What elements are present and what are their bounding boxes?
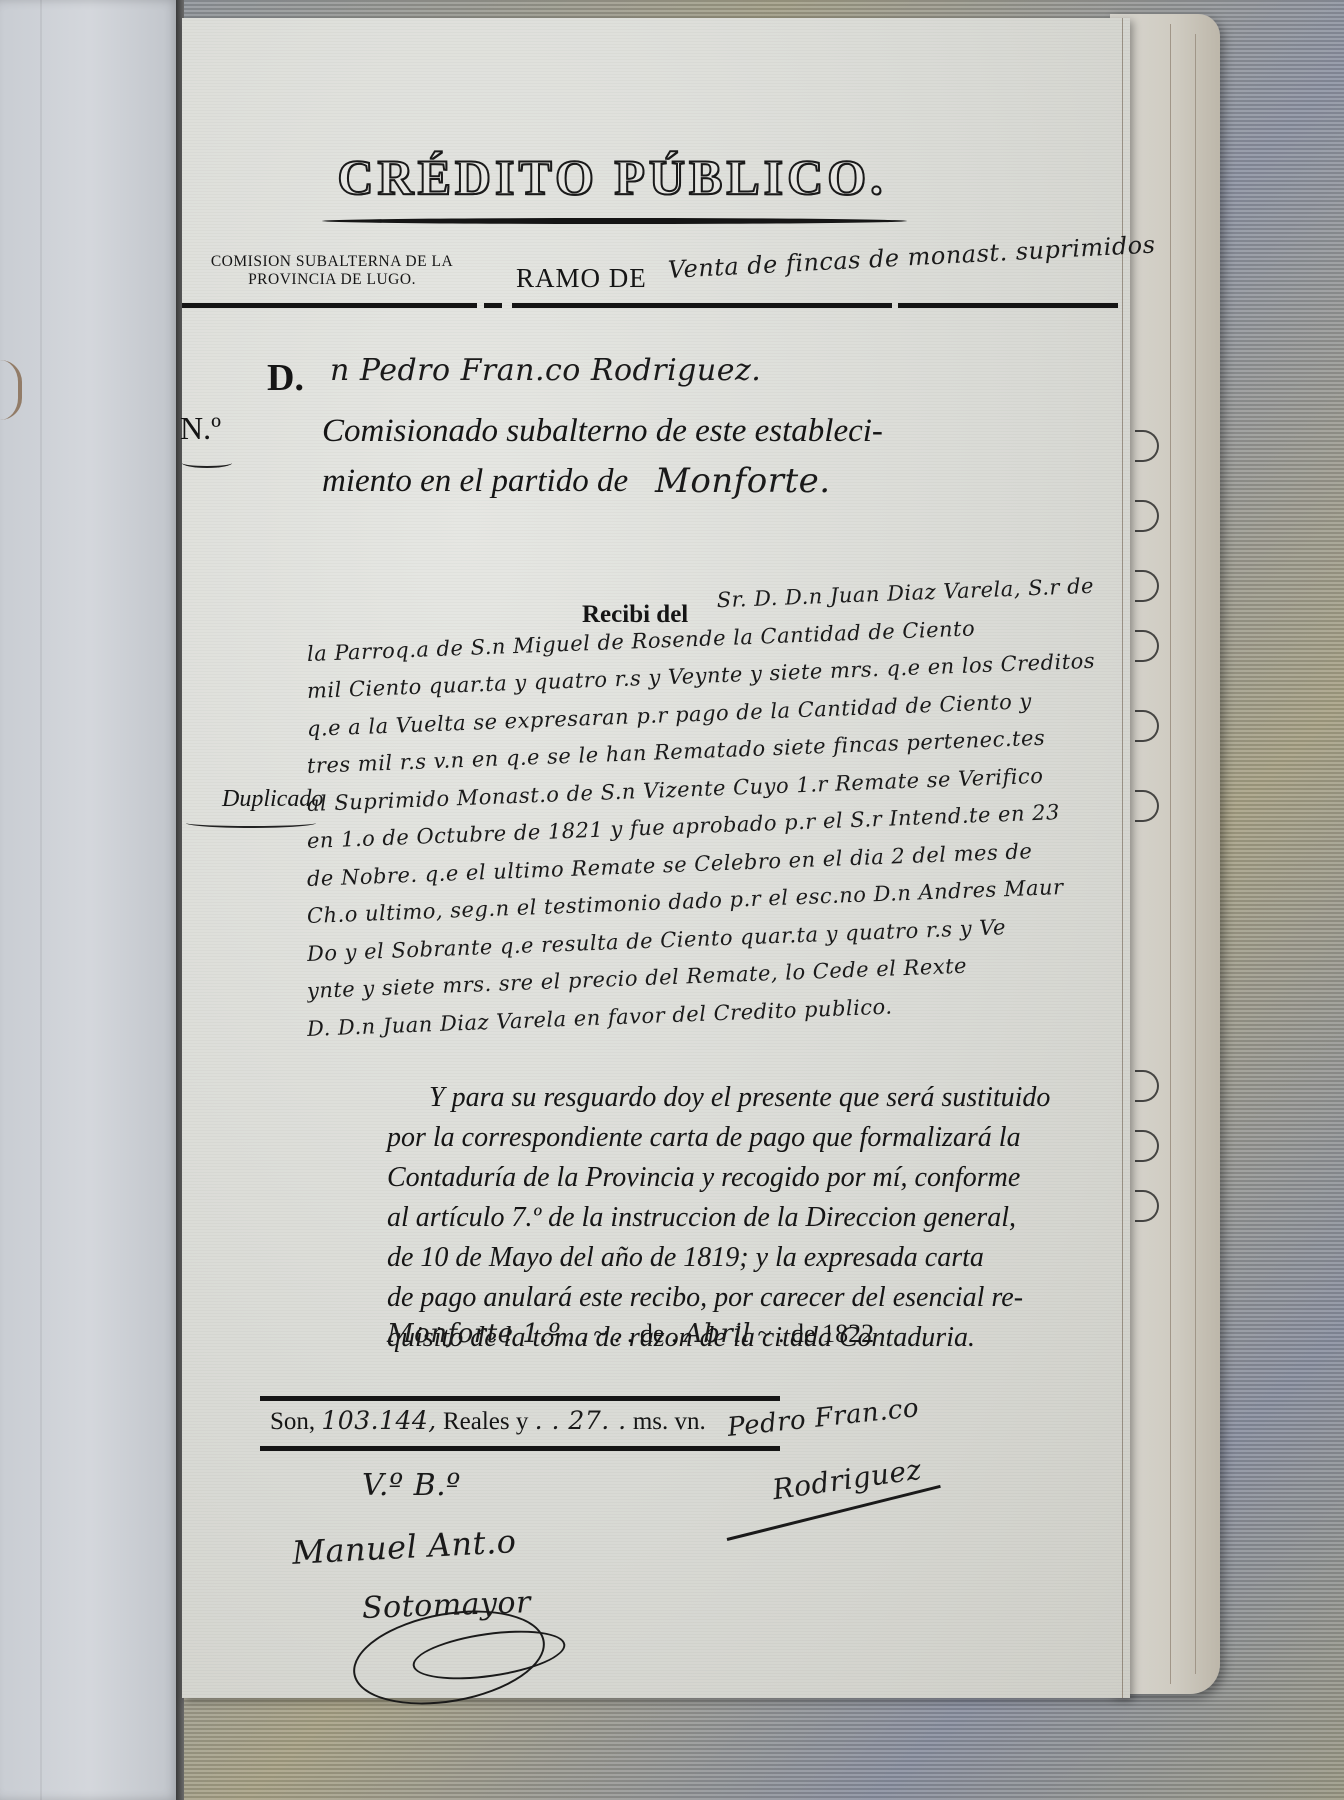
clause-line: por la correspondiente carta de pago que…	[387, 1118, 1107, 1158]
clause-line: de pago anulará este recibo, por carecer…	[387, 1278, 1107, 1318]
number-label: N.º	[180, 410, 221, 447]
clause-line: Contaduría de la Provincia y recogido po…	[387, 1158, 1107, 1198]
flourish-icon	[1135, 710, 1159, 742]
receipt-document: CRÉDITO PÚBLICO. COMISION SUBALTERNA DE …	[182, 18, 1130, 1698]
date-year: 1822	[822, 1319, 874, 1348]
flourish-icon	[1135, 790, 1159, 822]
facing-page	[0, 0, 180, 1800]
commission-line-1: COMISION SUBALTERNA DE LA	[182, 253, 482, 271]
role-line-1: Comisionado subalterno de este estableci…	[322, 413, 883, 450]
partido-value: Monforte.	[655, 461, 831, 501]
date-month: Abril	[684, 1319, 751, 1349]
commissioner-name: n Pedro Fran.co Rodriguez.	[330, 353, 761, 388]
page-edge	[1122, 18, 1123, 1698]
title-rule	[322, 218, 907, 224]
amount-line: Son, 103.144, Reales y . . 27. . ms. vn.	[270, 1406, 706, 1436]
handwritten-receipt-body: Sr. D. D.n Juan Diaz Varela, S.r de la P…	[307, 598, 1107, 1048]
commission-heading: COMISION SUBALTERNA DE LA PROVINCIA DE L…	[182, 253, 482, 289]
amount-rule-top	[260, 1396, 780, 1401]
header-rule	[898, 303, 1118, 308]
header-rule	[182, 303, 477, 308]
document-title: CRÉDITO PÚBLICO.	[312, 148, 912, 206]
brace-icon	[186, 818, 316, 828]
approver-signature-line-1: Manuel Ant.o	[291, 1522, 517, 1572]
flourish-icon	[1135, 1190, 1159, 1222]
ramo-value: Venta de fincas de monast. suprimidos	[667, 230, 1156, 284]
don-prefix: D.	[267, 356, 304, 400]
flourish-icon	[1135, 430, 1159, 462]
printed-clause: Y para su resguardo doy el presente que …	[387, 1078, 1107, 1358]
flourish-icon	[1135, 630, 1159, 662]
flourish-icon	[1135, 1070, 1159, 1102]
reales-value: 103.144,	[321, 1406, 436, 1435]
date-line: Monforte 1.º . . ~ . . de . Abril ~ . de…	[387, 1319, 874, 1349]
commission-line-2: PROVINCIA DE LUGO.	[182, 271, 482, 289]
maravedis-label: ms. vn.	[633, 1408, 706, 1435]
role-line-2: miento en el partido de	[322, 463, 628, 500]
clause-line: Y para su resguardo doy el presente que …	[387, 1078, 1107, 1118]
clause-line: de 10 de Mayo del año de 1819; y la expr…	[387, 1238, 1107, 1278]
ramo-label: RAMO DE	[516, 263, 647, 294]
reales-label: Reales y	[443, 1408, 528, 1435]
approval-mark: V.º B.º	[362, 1468, 461, 1503]
flourish-icon	[1135, 570, 1159, 602]
margin-flourishes	[1135, 430, 1175, 1430]
date-place: Monforte 1.º	[387, 1319, 561, 1349]
flourish-icon	[1135, 1130, 1159, 1162]
commissioner-signature-line-2: Rodriguez	[770, 1453, 923, 1507]
header-rule	[512, 303, 892, 308]
ink-stain	[0, 360, 22, 420]
brace-icon	[182, 458, 232, 468]
flourish-icon	[1135, 500, 1159, 532]
clause-line: al artículo 7.º de la instruccion de la …	[387, 1198, 1107, 1238]
son-label: Son,	[270, 1408, 315, 1435]
maravedis-value: . . 27. .	[535, 1406, 627, 1435]
page-fold	[40, 0, 42, 1800]
amount-rule-bottom	[260, 1446, 780, 1451]
date-separator: ~ . de	[757, 1319, 815, 1348]
date-separator: . . ~ . . de .	[567, 1319, 677, 1348]
header-rule	[484, 303, 502, 308]
